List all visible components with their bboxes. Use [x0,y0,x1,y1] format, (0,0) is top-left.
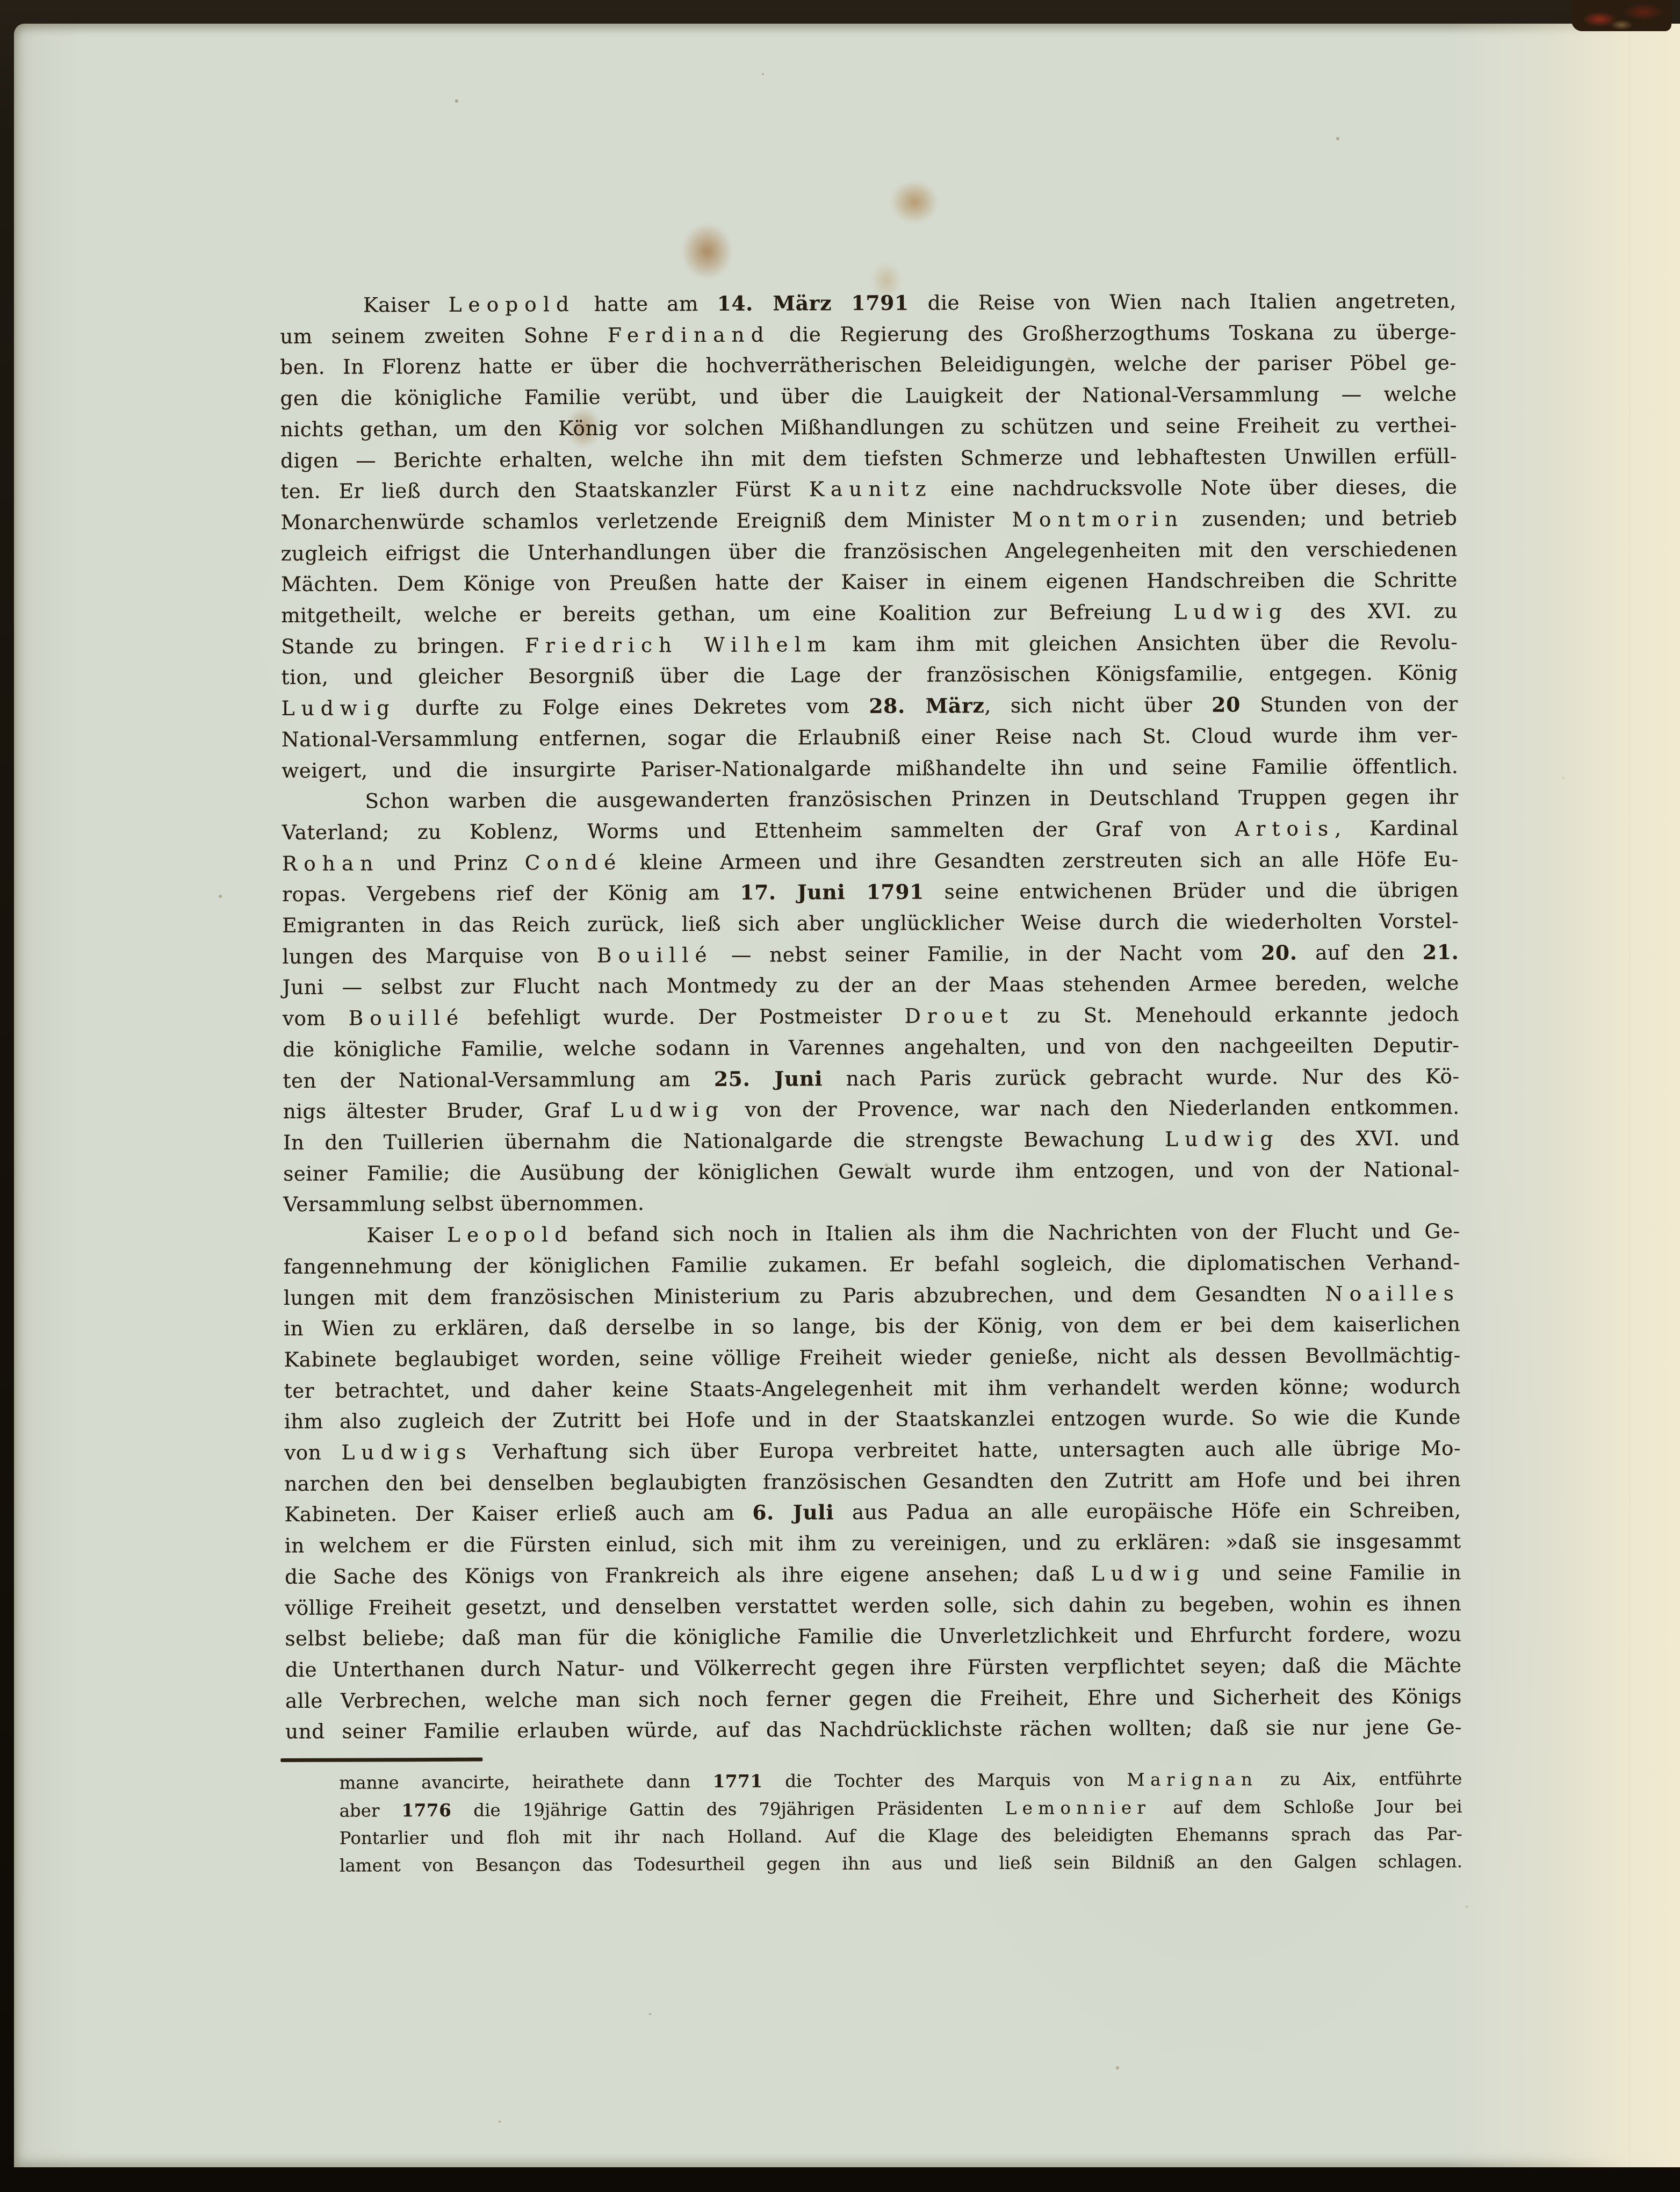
text-line: die Sache des Königs von Frankreich als … [285,1557,1461,1592]
footnote-line: Pontarlier und floh mit ihr nach Holland… [340,1821,1462,1852]
text-line: lungen des Marquise von Bouillé — nebst … [282,937,1459,972]
text-line: gen die königliche Familie verübt, und ü… [280,379,1457,414]
text-line: Vaterland; zu Koblenz, Worms und Ettenhe… [282,813,1459,849]
text-line: fangennehmung der königlichen Familie zu… [284,1247,1460,1282]
text-line: völlige Freiheit gesetzt, und denselben … [285,1588,1461,1623]
text-line: ropas. Vergebens rief der König am 17. J… [282,875,1459,910]
text-line: Emigranten in das Reich zurück, ließ sic… [282,906,1459,942]
text-line: Kabinete beglaubiget worden, seine völli… [284,1340,1460,1376]
footnote-separator [280,1758,482,1762]
binding-mark-top-right [1571,0,1671,31]
text-line: Kabineten. Der Kaiser erließ auch am 6. … [284,1495,1461,1530]
text-line: die Unterthanen durch Natur- und Völkerr… [285,1650,1462,1686]
text-line: Monarchenwürde schamlos verletzende Erei… [280,503,1457,538]
text-line: um seinem zweiten Sohne Ferdinand die Re… [280,317,1457,352]
text-line: Ludwig durfte zu Folge eines Dekretes vo… [282,689,1458,724]
text-line: Mächten. Dem Könige von Preußen hatte de… [281,565,1458,600]
text-line: ten der National-Versammlung am 25. Juni… [283,1061,1459,1096]
footnote: manne avancirte, heirathete dann 1771 di… [339,1765,1462,1880]
text-line: narchen den bei denselben beglaubigten f… [284,1464,1461,1499]
footnote-line: lament von Besançon das Todesurtheil geg… [340,1848,1462,1880]
text-line: seiner Familie; die Ausübung der königli… [283,1154,1460,1189]
text-line: Versammlung selbst übernommen. [283,1185,1460,1220]
body-text: Kaiser Leopold hatte am 14. März 1791 di… [280,286,1462,1748]
text-line: die königliche Familie, welche sodann in… [283,1030,1459,1066]
text-line: alle Verbrechen, welche man sich noch fe… [285,1681,1462,1716]
text-line: Rohan und Prinz Condé kleine Armeen und … [282,844,1459,879]
text-line: Stande zu bringen. Friedrich Wilhelm kam… [281,627,1458,662]
page-paper: Kaiser Leopold hatte am 14. März 1791 di… [14,24,1680,2167]
footnote-line: manne avancirte, heirathete dann 1771 di… [339,1765,1462,1797]
text-line: von Ludwigs Verhaftung sich über Europa … [284,1433,1461,1469]
text-line: nigs ältester Bruder, Graf Ludwig von de… [283,1092,1460,1127]
text-line: in Wien zu erklären, daß derselbe in so … [284,1309,1460,1345]
scanned-book-page: { "colors": { "background_frame": "#1712… [0,0,1680,2192]
printed-area: Kaiser Leopold hatte am 14. März 1791 di… [11,20,1680,2171]
text-line: lungen mit dem französischen Ministerium… [284,1278,1460,1313]
text-line: Juni — selbst zur Flucht nach Montmedy z… [283,968,1459,1003]
text-line: Kaiser Leopold befand sich noch in Itali… [283,1216,1460,1252]
text-line: tion, und gleicher Besorgniß über die La… [281,658,1458,693]
text-line: ihm also zugleich der Zutritt bei Hofe u… [284,1402,1461,1438]
text-line: vom Bouillé befehligt wurde. Der Postmei… [283,999,1459,1034]
text-line: selbst beliebe; daß man für die königlic… [285,1619,1461,1655]
text-line: In den Tuillerien übernahm die Nationalg… [283,1123,1460,1159]
text-line: National-Versammlung entfernen, sogar di… [282,720,1458,755]
text-line: nichts gethan, um den König vor solchen … [280,409,1457,445]
text-line: mitgetheilt, welche er bereits gethan, u… [281,596,1458,631]
text-line: in welchem er die Fürsten einlud, sich m… [285,1526,1461,1562]
text-line: ten. Er ließ durch den Staatskanzler Für… [280,472,1457,507]
text-line: Schon warben die ausgewanderten französi… [282,782,1458,817]
text-line: und seiner Familie erlauben würde, auf d… [285,1712,1462,1748]
text-line: zugleich eifrigst die Unterhandlungen üb… [281,534,1458,569]
text-line: weigert, und die insurgirte Pariser-Nati… [282,751,1458,786]
paper-specks [14,24,16,26]
text-line: digen — Berichte erhalten, welche ihn mi… [280,441,1457,476]
text-line: Kaiser Leopold hatte am 14. März 1791 di… [280,286,1457,321]
text-line: ben. In Florenz hatte er über die hochve… [280,348,1457,383]
text-line: ter betrachtet, und daher keine Staats-A… [284,1371,1461,1406]
footnote-line: aber 1776 die 19jährige Gattin des 79jäh… [340,1793,1462,1825]
